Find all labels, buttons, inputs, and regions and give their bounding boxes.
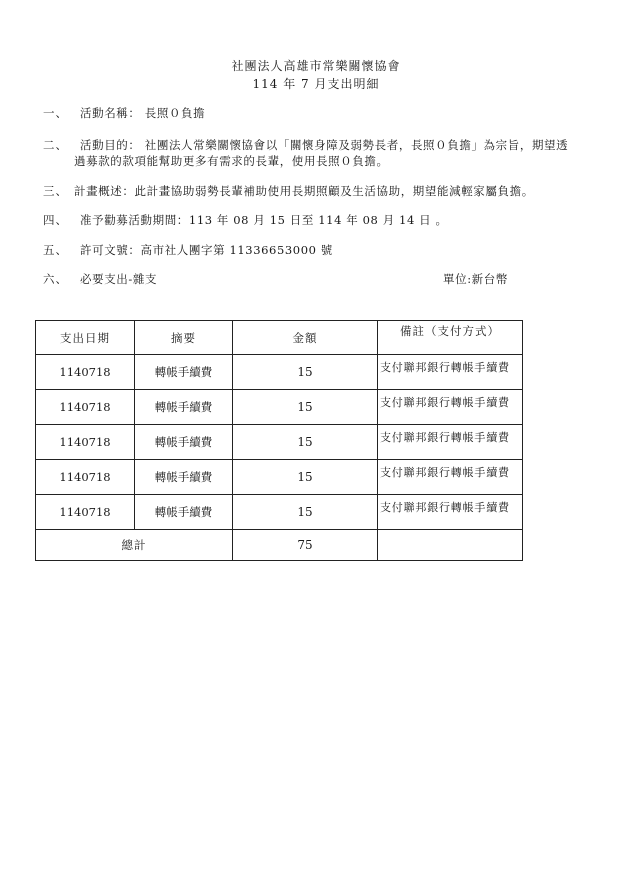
table-row: 1140718 轉帳手續費 15 支付聯邦銀行轉帳手續費: [36, 390, 523, 425]
table-row: 1140718 轉帳手續費 15 支付聯邦銀行轉帳手續費: [36, 355, 523, 390]
cell-date: 1140718: [36, 425, 135, 460]
section-3-text: 計畫概述：此計畫協助弱勢長輩補助使用長期照顧及生活協助，期望能減輕家屬負擔。: [74, 183, 534, 199]
table-row: 1140718 轉帳手續費 15 支付聯邦銀行轉帳手續費: [36, 460, 523, 495]
total-label: 總計: [36, 530, 233, 561]
total-amount: 75: [233, 530, 378, 561]
header-summary: 摘要: [135, 321, 233, 355]
header-note: 備註（支付方式）: [378, 321, 523, 355]
section-5-text: 許可文號：高市社人團字第 11336653000 號: [80, 242, 333, 258]
section-2-number: 二、: [43, 137, 68, 153]
cell-amount: 15: [233, 390, 378, 425]
section-2-text-cont: 過募款的款項能幫助更多有需求的長輩，使用長照０負擔。: [74, 153, 389, 169]
section-3-number: 三、: [43, 183, 68, 199]
cell-note: 支付聯邦銀行轉帳手續費: [378, 425, 523, 460]
currency-unit-label: 單位:新台幣: [443, 271, 508, 287]
header-amount: 金額: [233, 321, 378, 355]
section-4-text: 准予勸募活動期間：113 年 08 月 15 日至 114 年 08 月 14 …: [80, 212, 448, 228]
expense-table: 支出日期 摘要 金額 備註（支付方式） 1140718 轉帳手續費 15 支付聯…: [35, 320, 523, 561]
table-total-row: 總計 75: [36, 530, 523, 561]
cell-summary: 轉帳手續費: [135, 460, 233, 495]
cell-amount: 15: [233, 355, 378, 390]
section-5-number: 五、: [43, 242, 68, 258]
cell-note: 支付聯邦銀行轉帳手續費: [378, 460, 523, 495]
cell-summary: 轉帳手續費: [135, 425, 233, 460]
cell-summary: 轉帳手續費: [135, 355, 233, 390]
total-note: [378, 530, 523, 561]
section-1-text: 活動名稱： 長照０負擔: [80, 105, 205, 121]
cell-amount: 15: [233, 495, 378, 530]
document-title: 社團法人高雄市常樂關懷協會: [0, 57, 632, 74]
cell-summary: 轉帳手續費: [135, 390, 233, 425]
section-1-number: 一、: [43, 105, 68, 121]
section-6-text: 必要支出-雜支: [80, 271, 157, 287]
section-6-number: 六、: [43, 271, 68, 287]
document-subtitle: 114 年 7 月支出明細: [0, 75, 632, 92]
table-header-row: 支出日期 摘要 金額 備註（支付方式）: [36, 321, 523, 355]
cell-note: 支付聯邦銀行轉帳手續費: [378, 355, 523, 390]
section-2-text: 活動目的： 社團法人常樂關懷協會以「關懷身障及弱勢長者，長照０負擔」為宗旨，期望…: [80, 137, 568, 153]
document-page: 社團法人高雄市常樂關懷協會 114 年 7 月支出明細 一、 活動名稱： 長照０…: [0, 0, 632, 889]
cell-date: 1140718: [36, 460, 135, 495]
cell-date: 1140718: [36, 355, 135, 390]
cell-date: 1140718: [36, 390, 135, 425]
header-date: 支出日期: [36, 321, 135, 355]
table-row: 1140718 轉帳手續費 15 支付聯邦銀行轉帳手續費: [36, 495, 523, 530]
cell-date: 1140718: [36, 495, 135, 530]
cell-amount: 15: [233, 425, 378, 460]
table-row: 1140718 轉帳手續費 15 支付聯邦銀行轉帳手續費: [36, 425, 523, 460]
cell-amount: 15: [233, 460, 378, 495]
cell-note: 支付聯邦銀行轉帳手續費: [378, 390, 523, 425]
cell-note: 支付聯邦銀行轉帳手續費: [378, 495, 523, 530]
section-4-number: 四、: [43, 212, 68, 228]
cell-summary: 轉帳手續費: [135, 495, 233, 530]
